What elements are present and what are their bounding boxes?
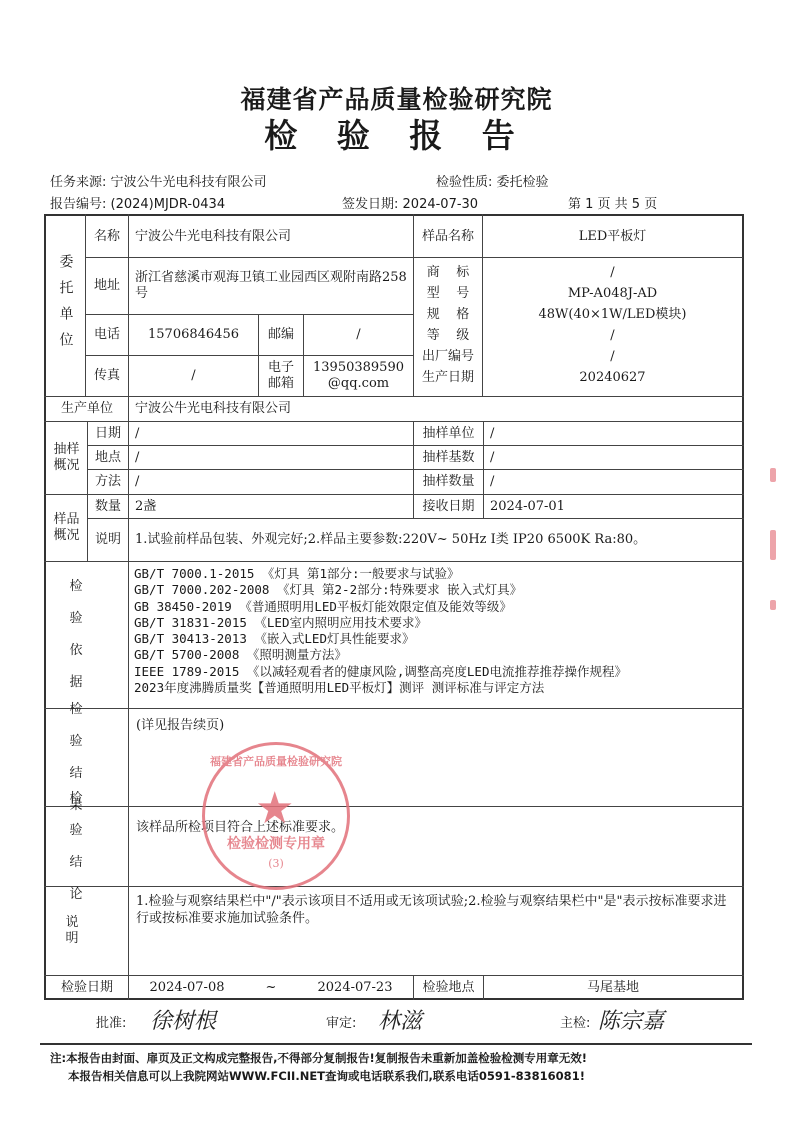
inspection-location-value: 马尾基地 (484, 976, 742, 1000)
notes-label: 说明 (46, 887, 128, 975)
inspector-label: 主检: (560, 1012, 590, 1031)
manufacturer-label: 生产单位 (46, 397, 128, 421)
seam-stamp-fragment (770, 530, 776, 560)
model-label: 型 号 (414, 283, 482, 304)
standard-item: GB 38450-2019 《普通照明用LED平板灯能效限定值及能效等级》 (134, 599, 627, 615)
serial-label: 出厂编号 (414, 346, 482, 367)
footer-divider (40, 1043, 752, 1045)
standard-item: 2023年度沸腾质量奖【普通照明用LED平板灯】测评 测评标准与评定方法 (134, 680, 627, 696)
client-phone: 15706846456 (129, 315, 258, 355)
standard-item: GB/T 5700-2008 《照明测量方法》 (134, 647, 627, 663)
footer-note-2: 本报告相关信息可以上我院网站WWW.FCII.NET查询或电话联系我们,联系电话… (68, 1068, 585, 1084)
sampling-base-label: 抽样基数 (414, 446, 483, 469)
grade-value: / (483, 325, 742, 346)
inspection-date-range: 2024-07-08 ~ 2024-07-23 (129, 976, 413, 1000)
client-email: 13950389590@qq.com (304, 356, 413, 396)
task-source: 任务来源: 宁波公牛光电科技有限公司 (50, 171, 267, 190)
inspection-date-label: 检验日期 (46, 976, 128, 1000)
client-address: 浙江省慈溪市观海卫镇工业园西区观附南路258号 (129, 258, 413, 314)
client-postcode: / (304, 315, 413, 355)
notes-value: 1.检验与观察结果栏中"/"表示该项目不适用或无该项试验;2.检验与观察结果栏中… (136, 893, 736, 927)
sample-field-values: / MP-A048J-AD 48W(40×1W/LED模块) / / 20240… (483, 262, 742, 388)
standard-item: GB/T 7000.1-2015 《灯具 第1部分:一般要求与试验》 (134, 566, 627, 582)
trademark-value: / (483, 262, 742, 283)
quantity-label: 数量 (88, 495, 128, 518)
issue-date-value: 2024-07-30 (403, 197, 479, 212)
divider (44, 886, 744, 887)
sampling-date-label: 日期 (88, 422, 128, 445)
report-number-value: (2024)MJDR-0434 (111, 197, 226, 212)
client-name: 宁波公牛光电科技有限公司 (129, 216, 413, 257)
spec-label: 规 格 (414, 304, 482, 325)
client-name-label: 名称 (86, 216, 128, 257)
seal-top-text: 福建省产品质量检验研究院 (205, 753, 347, 769)
client-fax-label: 传真 (86, 356, 128, 396)
client-postcode-label: 邮编 (259, 315, 303, 355)
sampling-unit-value: / (484, 422, 742, 445)
review-signature: 林滋 (378, 1004, 422, 1035)
spec-value: 48W(40×1W/LED模块) (483, 304, 742, 325)
official-seal: 福建省产品质量检验研究院 ★ 检验检测专用章 (3) (202, 742, 350, 890)
review-label: 审定: (326, 1012, 356, 1031)
divider (413, 257, 743, 258)
sampling-unit-label: 抽样单位 (414, 422, 483, 445)
footer-note-1: 注:本报告由封面、扉页及正文构成完整报告,不得部分复制报告!复制报告未重新加盖检… (50, 1050, 587, 1066)
report-number: 报告编号: (2024)MJDR-0434 (50, 193, 225, 212)
sample-overview-label: 样品概况 (46, 495, 87, 561)
sampling-method-value: / (129, 470, 413, 494)
serial-value: / (483, 346, 742, 367)
page-info: 第 1 页 共 5 页 (568, 193, 657, 212)
inspection-type-label: 检验性质: (436, 175, 492, 190)
issue-date: 签发日期: 2024-07-30 (342, 193, 478, 212)
sample-name: LED平板灯 (483, 216, 742, 257)
received-date-label: 接收日期 (414, 495, 483, 518)
trademark-label: 商 标 (414, 262, 482, 283)
quantity-value: 2盏 (129, 495, 413, 518)
sampling-quantity-label: 抽样数量 (414, 470, 483, 494)
inspection-type-value: 委托检验 (497, 175, 549, 190)
client-email-label: 电子邮箱 (259, 356, 303, 396)
document-title: 检 验 报 告 (0, 110, 793, 157)
sampling-place-label: 地点 (88, 446, 128, 469)
inspection-type: 检验性质: 委托检验 (436, 171, 549, 190)
task-source-label: 任务来源: (50, 175, 106, 190)
conclusion-label: 检验结论 (46, 807, 128, 886)
client-address-label: 地址 (86, 258, 128, 314)
sample-field-labels: 商 标 型 号 规 格 等 级 出厂编号 生产日期 (414, 262, 482, 388)
production-date-value: 20240627 (483, 367, 742, 388)
report-number-label: 报告编号: (50, 197, 106, 212)
standards-list: GB/T 7000.1-2015 《灯具 第1部分:一般要求与试验》 GB/T … (134, 566, 627, 696)
manufacturer-value: 宁波公牛光电科技有限公司 (129, 397, 742, 421)
sampling-quantity-value: / (484, 470, 742, 494)
divider (44, 561, 744, 562)
approve-signature: 徐树根 (150, 1004, 216, 1035)
inspection-start-date: 2024-07-08 (150, 980, 225, 996)
sampling-place-value: / (129, 446, 413, 469)
production-date-label: 生产日期 (414, 367, 482, 388)
description-label: 说明 (88, 519, 128, 561)
client-section-text: 委托单位 (51, 254, 81, 358)
seal-mid-text: 检验检测专用章 (205, 833, 347, 853)
issue-date-label: 签发日期: (342, 197, 398, 212)
divider (44, 806, 744, 807)
sample-name-label: 样品名称 (414, 216, 482, 257)
sampling-section-label: 抽样概况 (46, 422, 87, 494)
model-value: MP-A048J-AD (483, 283, 742, 304)
client-phone-label: 电话 (86, 315, 128, 355)
seam-stamp-fragment (770, 600, 776, 610)
inspection-end-date: 2024-07-23 (318, 980, 393, 996)
inspector-signature: 陈宗嘉 (598, 1004, 664, 1035)
results-value: (详见报告续页) (136, 714, 224, 733)
task-source-value: 宁波公牛光电科技有限公司 (111, 175, 267, 190)
basis-label: 检验依据 (46, 562, 128, 708)
client-fax: / (129, 356, 258, 396)
star-icon: ★ (255, 787, 294, 831)
seal-number: (3) (205, 857, 347, 870)
standard-item: IEEE 1789-2015 《以减轻观看者的健康风险,调整高亮度LED电流推荐… (134, 664, 627, 680)
divider (44, 708, 744, 709)
date-separator: ~ (266, 980, 277, 996)
sampling-method-label: 方法 (88, 470, 128, 494)
standard-item: GB/T 7000.202-2008 《灯具 第2-2部分:特殊要求 嵌入式灯具… (134, 582, 627, 598)
received-date-value: 2024-07-01 (484, 495, 742, 518)
approve-label: 批准: (96, 1012, 126, 1031)
sampling-base-value: / (484, 446, 742, 469)
inspection-location-label: 检验地点 (414, 976, 483, 1000)
standard-item: GB/T 30413-2013 《嵌入式LED灯具性能要求》 (134, 631, 627, 647)
standard-item: GB/T 31831-2015 《LED室内照明应用技术要求》 (134, 615, 627, 631)
grade-label: 等 级 (414, 325, 482, 346)
seam-stamp-fragment (770, 468, 776, 482)
client-section-label: 委托单位 (46, 216, 85, 396)
description-value: 1.试验前样品包装、外观完好;2.样品主要参数:220V~ 50Hz Ⅰ类 IP… (129, 519, 742, 561)
sampling-date-value: / (129, 422, 413, 445)
divider (128, 561, 129, 1000)
